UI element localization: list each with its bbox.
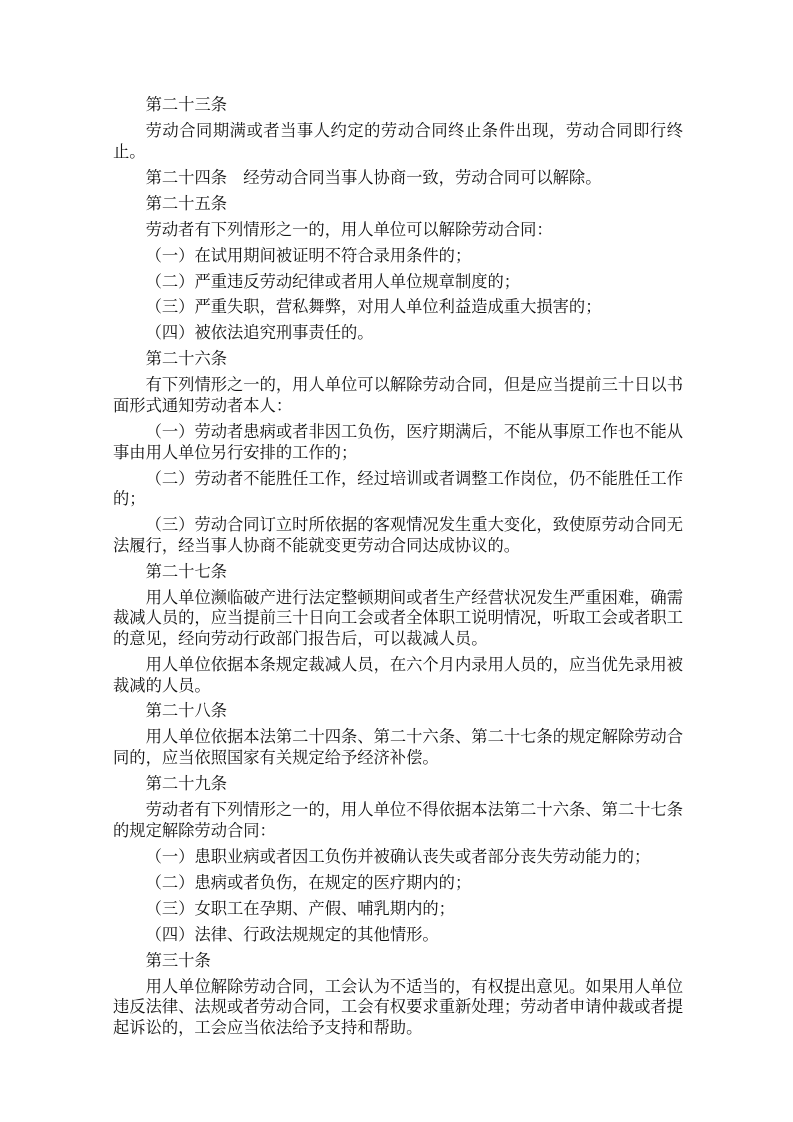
article-heading: 第二十九条 (113, 774, 683, 795)
document-page: 第二十三条劳动合同期满或者当事人约定的劳动合同终止条件出现，劳动合同即行终止。第… (0, 0, 793, 1122)
paragraph-list-item: （二）患病或者负伤，在规定的医疗期内的； (113, 873, 683, 894)
article-heading: 第二十四条 经劳动合同当事人协商一致，劳动合同可以解除。 (113, 168, 683, 189)
paragraph-list-item: （三）女职工在孕期、产假、哺乳期内的； (113, 899, 683, 920)
paragraph-body: 劳动者有下列情形之一的，用人单位不得依据本法第二十六条、第二十七条的规定解除劳动… (113, 800, 683, 841)
paragraph-list-item: （四）法律、行政法规规定的其他情形。 (113, 925, 683, 946)
paragraph-list-item: （一）在试用期间被证明不符合录用条件的； (113, 246, 683, 267)
paragraph-body: 用人单位依据本法第二十四条、第二十六条、第二十七条的规定解除劳动合同的，应当依照… (113, 727, 683, 768)
paragraph-list-item: （一）劳动者患病或者非因工负伤，医疗期满后，不能从事原工作也不能从事由用人单位另… (113, 422, 683, 463)
paragraph-body: 用人单位依据本条规定裁减人员，在六个月内录用人员的，应当优先录用被裁减的人员。 (113, 655, 683, 696)
article-heading: 第二十六条 (113, 349, 683, 370)
paragraph-body: 劳动合同期满或者当事人约定的劳动合同终止条件出现，劳动合同即行终止。 (113, 121, 683, 162)
paragraph-list-item: （二）劳动者不能胜任工作，经过培训或者调整工作岗位，仍不能胜任工作的； (113, 469, 683, 510)
paragraph-body: 用人单位濒临破产进行法定整顿期间或者生产经营状况发生严重困难，确需裁减人员的，应… (113, 588, 683, 650)
article-heading: 第二十五条 (113, 194, 683, 215)
article-heading: 第三十条 (113, 951, 683, 972)
paragraph-body: 有下列情形之一的，用人单位可以解除劳动合同，但是应当提前三十日以书面形式通知劳动… (113, 375, 683, 416)
paragraph-list-item: （一）患职业病或者因工负伤并被确认丧失或者部分丧失劳动能力的； (113, 847, 683, 868)
paragraph-body: 用人单位解除劳动合同，工会认为不适当的，有权提出意见。如果用人单位违反法律、法规… (113, 977, 683, 1039)
paragraph-list-item: （三）严重失职，营私舞弊，对用人单位利益造成重大损害的； (113, 297, 683, 318)
paragraph-list-item: （二）严重违反劳动纪律或者用人单位规章制度的； (113, 272, 683, 293)
document-body: 第二十三条劳动合同期满或者当事人约定的劳动合同终止条件出现，劳动合同即行终止。第… (113, 95, 683, 1038)
article-heading: 第二十三条 (113, 95, 683, 116)
article-heading: 第二十七条 (113, 562, 683, 583)
article-heading: 第二十八条 (113, 701, 683, 722)
paragraph-list-item: （四）被依法追究刑事责任的。 (113, 323, 683, 344)
paragraph-body: 劳动者有下列情形之一的，用人单位可以解除劳动合同： (113, 220, 683, 241)
paragraph-list-item: （三）劳动合同订立时所依据的客观情况发生重大变化，致使原劳动合同无法履行，经当事… (113, 515, 683, 556)
